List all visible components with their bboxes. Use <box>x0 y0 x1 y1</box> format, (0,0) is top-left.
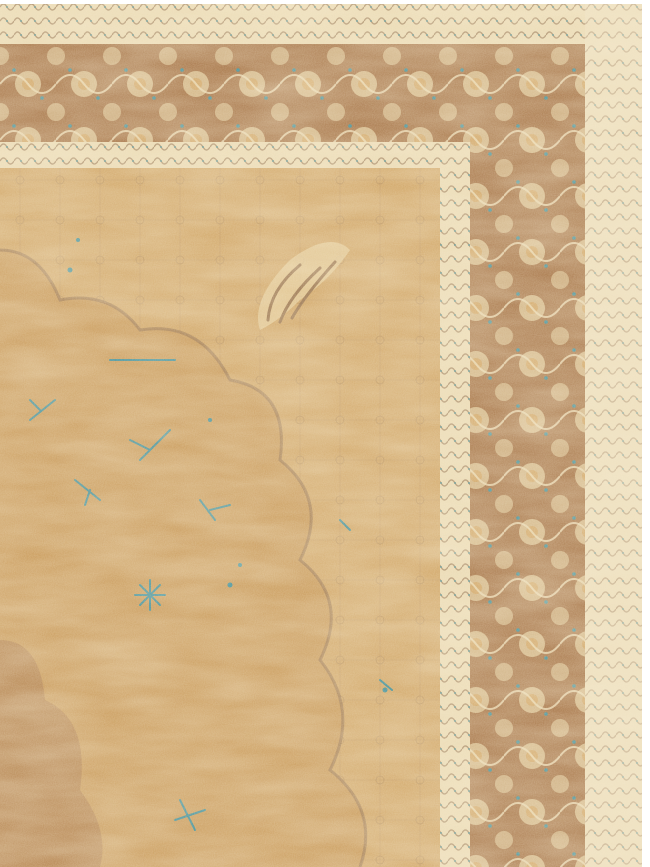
rug-photo: .c-field-gold{fill:#d2a86a}.c-field-ligh… <box>0 0 650 867</box>
